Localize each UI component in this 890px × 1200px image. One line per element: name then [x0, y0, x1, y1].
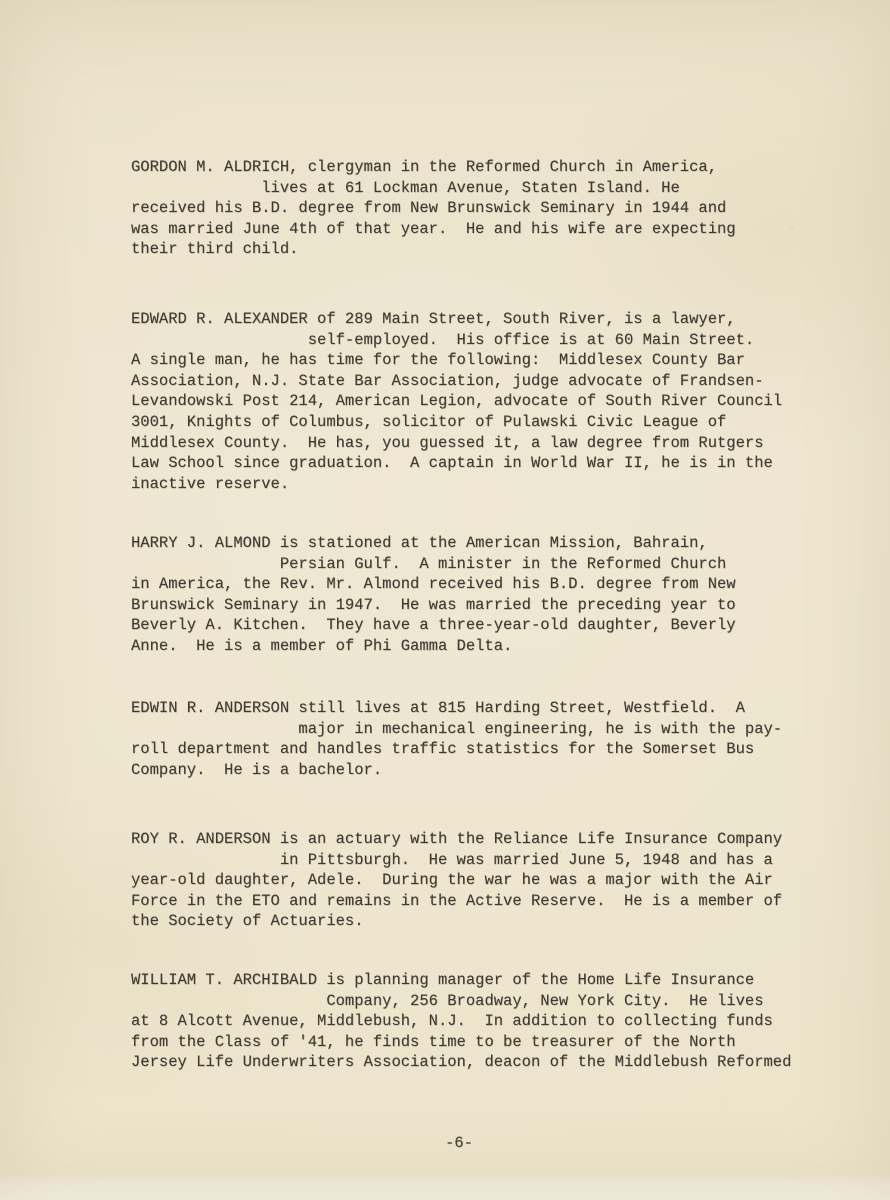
bio-entry-harry-almond: HARRY J. ALMOND is stationed at the Amer…: [131, 533, 736, 657]
bio-entry-edwin-anderson: EDWIN R. ANDERSON still lives at 815 Har…: [131, 698, 782, 780]
page-number: -6-: [445, 1133, 473, 1154]
bio-entry-roy-anderson: ROY R. ANDERSON is an actuary with the R…: [131, 829, 782, 932]
scanned-page: GORDON M. ALDRICH, clergyman in the Refo…: [0, 0, 890, 1200]
bio-entry-edward-alexander: EDWARD R. ALEXANDER of 289 Main Street, …: [131, 309, 782, 494]
bio-entry-gordon-aldrich: GORDON M. ALDRICH, clergyman in the Refo…: [131, 157, 736, 260]
bio-entry-william-archibald: WILLIAM T. ARCHIBALD is planning manager…: [131, 970, 791, 1073]
